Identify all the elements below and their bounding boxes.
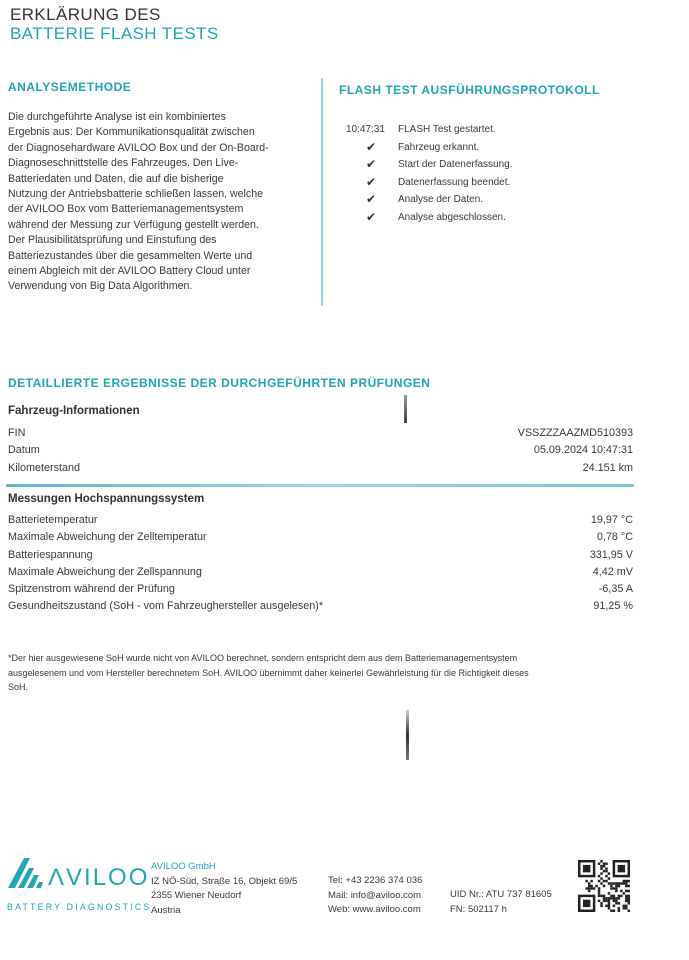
vat-id: UID Nr.: ATU 737 81605 [450,888,552,903]
analysis-text-line: Batteriezustandes über die gesammelten W… [8,249,333,264]
aviloo-logo-wordmark: ΛVILOO [48,864,149,892]
qr-code-icon [578,860,630,912]
analysis-text-line: Diagnoseschnittstelle des Fahrzeuges. De… [8,156,333,171]
row-label: Spitzenstrom während der Prüfung [8,581,175,598]
row-label: Datum [8,442,40,459]
section-separator [6,484,634,487]
document-title-line2: BATTERIE FLASH TESTS [10,25,219,43]
table-row: Batterietemperatur19,97 °C [8,512,633,529]
row-label: Maximale Abweichung der Zellspannung [8,564,202,581]
measurements-heading: Messungen Hochspannungssystem [8,493,204,505]
document-title-line1: ERKLÄRUNG DES [10,6,161,24]
checkmark-icon: ✔ [346,191,398,209]
flash-log-entry: ✔Analyse abgeschlossen. [346,209,513,227]
row-label: Gesundheitszustand (SoH - vom Fahrzeughe… [8,598,323,615]
table-row: Gesundheitszustand (SoH - vom Fahrzeughe… [8,598,633,615]
phone: Tel: +43 2236 374 036 [328,874,422,889]
table-row: Datum05.09.2024 10:47:31 [8,442,633,459]
row-value: 91,25 % [593,598,633,615]
checkmark-icon: ✔ [346,174,398,192]
soh-footnote: *Der hier ausgewiesene SoH wurde nicht v… [8,651,648,695]
aviloo-logo-icon [8,858,48,888]
row-value: 24.151 km [583,460,633,477]
row-label: Maximale Abweichung der Zelltemperatur [8,529,207,546]
checkmark-icon: ✔ [346,139,398,157]
vehicle-info-table: FINVSSZZZAAZMD510393Datum05.09.2024 10:4… [8,425,633,477]
analysis-text-line: einem Abgleich mit der AVILOO Battery Cl… [8,264,333,279]
table-row: Maximale Abweichung der Zelltemperatur0,… [8,529,633,546]
row-label: FIN [8,425,25,442]
analysis-text-line: Der Plausibilitätsprüfung und Einstufung… [8,233,333,248]
flash-log-text: Start der Datenerfassung. [398,156,513,174]
address-line: Austria [151,904,297,919]
footnote-line: *Der hier ausgewiesene SoH wurde nicht v… [8,651,648,666]
flash-log-entry: ✔Datenerfassung beendet. [346,174,513,192]
company-address: AVILOO GmbH IZ NÖ-Süd, Straße 16, Objekt… [151,860,297,918]
flash-log-heading: FLASH TEST AUSFÜHRUNGSPROTOKOLL [339,83,600,97]
vehicle-info-heading: Fahrzeug-Informationen [8,405,140,417]
row-value: 19,97 °C [591,512,633,529]
table-row: Maximale Abweichung der Zellspannung4,42… [8,564,633,581]
column-divider [321,78,323,306]
address-line: 2355 Wiener Neudorf [151,889,297,904]
row-label: Batteriespannung [8,547,93,564]
row-value: -6,35 A [599,581,633,598]
flash-log-text: Datenerfassung beendet. [398,174,510,192]
analysis-method-heading: ANALYSEMETHODE [8,80,131,94]
row-label: Kilometerstand [8,460,80,477]
company-contact: Tel: +43 2236 374 036 Mail: info@aviloo.… [328,874,422,918]
company-legal: UID Nr.: ATU 737 81605 FN: 502117 h [450,888,552,917]
flash-log-text: FLASH Test gestartet. [398,121,496,139]
analysis-text-line: Die durchgeführte Analyse ist ein kombin… [8,110,333,125]
row-value: 0,78 °C [597,529,633,546]
checkmark-icon: ✔ [346,209,398,227]
address-line: IZ NÖ-Süd, Straße 16, Objekt 69/5 [151,875,297,890]
table-row: Spitzenstrom während der Prüfung-6,35 A [8,581,633,598]
table-row: Batteriespannung331,95 V [8,547,633,564]
flash-log-entry: ✔Start der Datenerfassung. [346,156,513,174]
flash-log-entry: 10:47:31FLASH Test gestartet. [346,121,513,139]
flash-log-entry: ✔Fahrzeug erkannt. [346,139,513,157]
flash-log-text: Analyse abgeschlossen. [398,209,506,227]
analysis-text-line: Batteriedaten und Daten, die auf die bis… [8,172,333,187]
row-value: 4,42 mV [593,564,633,581]
row-value: 331,95 V [590,547,633,564]
analysis-text-line: während der Messung zur Verfügung gestel… [8,218,333,233]
flash-log-time: 10:47:31 [346,121,398,139]
analysis-text-line: der AVILOO Box vom Batteriemanagementsys… [8,202,333,217]
row-value: VSSZZZAAZMD510393 [518,425,633,442]
flash-log: 10:47:31FLASH Test gestartet.✔Fahrzeug e… [346,121,513,227]
analysis-text-line: Nutzung der Antriebsbatterie schließen l… [8,187,333,202]
checkmark-icon: ✔ [346,156,398,174]
company-register-number: FN: 502117 h [450,903,552,918]
footnote-line: ausgelesenem und vom Hersteller berechne… [8,666,648,681]
detailed-results-heading: DETAILLIERTE ERGEBNISSE DER DURCHGEFÜHRT… [8,376,430,390]
analysis-text-line: Ergebnis aus: Der Kommunikationsqualität… [8,125,333,140]
scan-artifact [406,710,409,760]
row-value: 05.09.2024 10:47:31 [534,442,633,459]
company-name: AVILOO GmbH [151,860,297,875]
row-label: Batterietemperatur [8,512,97,529]
footnote-line: SoH. [8,680,648,695]
flash-log-entry: ✔Analyse der Daten. [346,191,513,209]
analysis-text-line: Verwendung von Big Data Algorithmen. [8,279,333,294]
flash-log-text: Analyse der Daten. [398,191,483,209]
email-link[interactable]: Mail: info@aviloo.com [328,889,422,904]
measurements-table: Batterietemperatur19,97 °CMaximale Abwei… [8,512,633,616]
website-link[interactable]: Web: www.aviloo.com [328,903,422,918]
flash-log-text: Fahrzeug erkannt. [398,139,479,157]
scan-artifact [404,395,407,423]
analysis-text-line: der Diagnosehardware AVILOO Box und der … [8,141,333,156]
table-row: FINVSSZZZAAZMD510393 [8,425,633,442]
table-row: Kilometerstand24.151 km [8,460,633,477]
analysis-method-text: Die durchgeführte Analyse ist ein kombin… [8,110,333,295]
aviloo-logo-tagline: BATTERY DIAGNOSTICS [7,902,151,912]
